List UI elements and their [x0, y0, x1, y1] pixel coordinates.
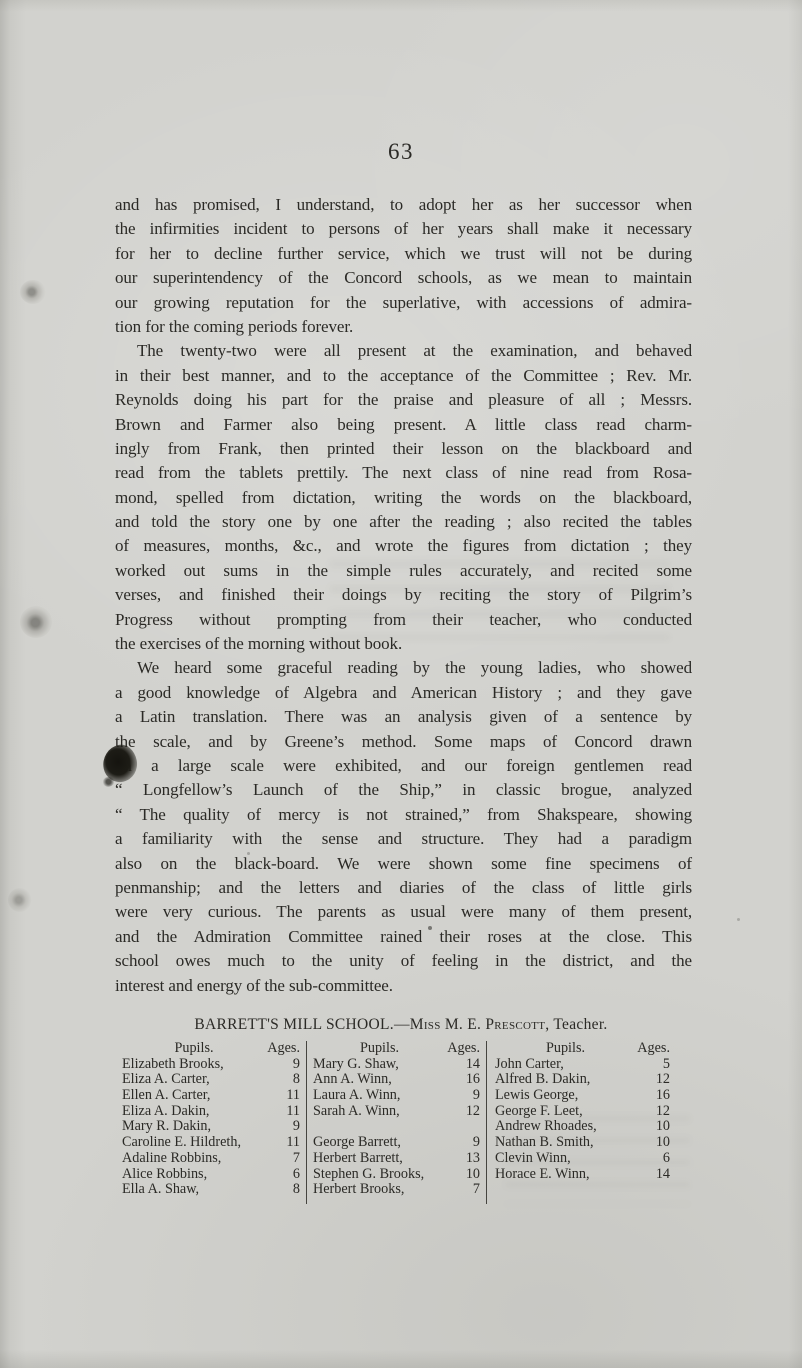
ages-header: Ages.	[636, 1041, 670, 1057]
pupil-age: 9	[266, 1119, 300, 1135]
pupil-name: Elizabeth Brooks,	[122, 1057, 266, 1073]
roster-header-row: Pupils.Ages.Pupils.Ages.Pupils.Ages.	[110, 1041, 692, 1057]
pupil-name: Eliza A. Carter,	[122, 1072, 266, 1088]
pupil-name: Caroline E. Hildreth,	[122, 1135, 266, 1151]
text-line: tion for the coming periods forever.	[115, 315, 692, 339]
text-line: a Latin translation. There was an analys…	[115, 705, 692, 729]
pupil-age: 9	[446, 1135, 480, 1151]
text-line: in their best manner, and to the accepta…	[115, 364, 692, 388]
pupil-age: 16	[446, 1072, 480, 1088]
pupil-age: 8	[266, 1072, 300, 1088]
roster-cell: John Carter,5	[486, 1057, 692, 1073]
body-text: and has promised, I understand, to adopt…	[115, 193, 692, 998]
roster-row: Caroline E. Hildreth,11George Barrett,9N…	[110, 1135, 692, 1151]
text-line: penmanship; and the letters and diaries …	[115, 876, 692, 900]
text-line: our growing reputation for the superlati…	[115, 291, 692, 315]
text-line: on a large scale were exhibited, and our…	[115, 754, 692, 778]
roster-cell: Ann A. Winn,16	[306, 1072, 486, 1088]
ink-speck	[428, 926, 432, 930]
roster-table: Pupils.Ages.Pupils.Ages.Pupils.Ages.Eliz…	[110, 1041, 692, 1204]
pupil-name: Horace E. Winn,	[495, 1167, 636, 1183]
pupil-name: Nathan B. Smith,	[495, 1135, 636, 1151]
paper-blemish	[20, 606, 52, 638]
pupil-name: Eliza A. Dakin,	[122, 1104, 266, 1120]
roster-cell: Eliza A. Carter,8	[110, 1072, 306, 1088]
school-roster-section: BARRETT'S MILL SCHOOL.—Miss M. E. Presco…	[110, 1014, 692, 1204]
text-line: verses, and finished their doings by rec…	[115, 583, 692, 607]
pupil-age: 9	[446, 1088, 480, 1104]
roster-rule-extension-cell	[306, 1198, 486, 1204]
text-line: a familiarity with the sense and structu…	[115, 827, 692, 851]
roster-cell: Herbert Barrett,13	[306, 1151, 486, 1167]
text-line: interest and energy of the sub-committee…	[115, 974, 692, 998]
roster-rule-extension-cell	[486, 1198, 692, 1204]
pupils-header: Pupils.	[122, 1041, 266, 1057]
roster-cell: Mary R. Dakin,9	[110, 1119, 306, 1135]
pupil-name: George Barrett,	[313, 1135, 446, 1151]
pupil-name: Alfred B. Dakin,	[495, 1072, 636, 1088]
pupil-name: Ellen A. Carter,	[122, 1088, 266, 1104]
pupil-name: Ann A. Winn,	[313, 1072, 446, 1088]
ink-speck	[737, 918, 740, 921]
paragraph: The twenty-two were all present at the e…	[115, 339, 692, 656]
pupil-age: 11	[266, 1088, 300, 1104]
text-line: the infirmities incident to persons of h…	[115, 217, 692, 241]
pupil-name: Sarah A. Winn,	[313, 1104, 446, 1120]
text-line: also on the black-board. We were shown s…	[115, 852, 692, 876]
pupil-name: Stephen G. Brooks,	[313, 1167, 446, 1183]
pupil-age: 11	[266, 1104, 300, 1120]
roster-row: Elizabeth Brooks,9Mary G. Shaw,14John Ca…	[110, 1057, 692, 1073]
pupil-age: 7	[266, 1151, 300, 1167]
scanned-book-page: 63 and has promised, I understand, to ad…	[0, 0, 802, 1368]
pupil-age: 6	[636, 1151, 670, 1167]
page-number: 63	[0, 139, 802, 165]
roster-cell	[306, 1119, 486, 1135]
pupil-age: 13	[446, 1151, 480, 1167]
pupil-name: Andrew Rhoades,	[495, 1119, 636, 1135]
text-line: our superintendency of the Concord schoo…	[115, 266, 692, 290]
heading-dash: —	[394, 1016, 410, 1033]
text-line: worked out sums in the simple rules accu…	[115, 559, 692, 583]
roster-cell: Andrew Rhoades,10	[486, 1119, 692, 1135]
roster-rule-extension-cell	[110, 1198, 306, 1204]
text-line: were very curious. The parents as usual …	[115, 900, 692, 924]
text-line: “ The quality of mercy is not strained,”…	[115, 803, 692, 827]
pupil-age: 10	[636, 1135, 670, 1151]
roster-row: Adaline Robbins,7Herbert Barrett,13Clevi…	[110, 1151, 692, 1167]
pupil-age: 8	[266, 1182, 300, 1198]
roster-row: Ellen A. Carter,11Laura A. Winn,9Lewis G…	[110, 1088, 692, 1104]
teacher-name: Miss M. E. Prescott,	[410, 1016, 550, 1033]
roster-row: Ella A. Shaw,8Herbert Brooks,7	[110, 1182, 692, 1198]
roster-row: Mary R. Dakin,9Andrew Rhoades,10	[110, 1119, 692, 1135]
roster-row: Alice Robbins,6Stephen G. Brooks,10Horac…	[110, 1167, 692, 1183]
roster-cell: George F. Leet,12	[486, 1104, 692, 1120]
text-line: school owes much to the unity of feeling…	[115, 949, 692, 973]
pupil-name: George F. Leet,	[495, 1104, 636, 1120]
pupil-age: 16	[636, 1088, 670, 1104]
pupil-name: Clevin Winn,	[495, 1151, 636, 1167]
roster-cell: George Barrett,9	[306, 1135, 486, 1151]
pupil-name: Laura A. Winn,	[313, 1088, 446, 1104]
paper-blemish	[8, 888, 32, 912]
roster-cell: Eliza A. Dakin,11	[110, 1104, 306, 1120]
text-line: and told the story one by one after the …	[115, 510, 692, 534]
paragraph: and has promised, I understand, to adopt…	[115, 193, 692, 339]
text-line: “ Longfellow’s Launch of the Ship,” in c…	[115, 778, 692, 802]
roster-cell: Alice Robbins,6	[110, 1167, 306, 1183]
pupil-age: 12	[446, 1104, 480, 1120]
roster-cell: Adaline Robbins,7	[110, 1151, 306, 1167]
paragraph: We heard some graceful reading by the yo…	[115, 656, 692, 997]
pupil-age: 5	[636, 1057, 670, 1073]
pupil-age: 14	[636, 1167, 670, 1183]
pupil-name: Mary R. Dakin,	[122, 1119, 266, 1135]
text-line: a good knowledge of Algebra and American…	[115, 681, 692, 705]
pupil-age: 12	[636, 1104, 670, 1120]
paper-blemish	[20, 280, 46, 304]
roster-cell: Stephen G. Brooks,10	[306, 1167, 486, 1183]
text-line: the exercises of the morning without boo…	[115, 632, 692, 656]
roster-header-cell: Pupils.Ages.	[486, 1041, 692, 1057]
pupil-name: Mary G. Shaw,	[313, 1057, 446, 1073]
roster-cell: Herbert Brooks,7	[306, 1182, 486, 1198]
ages-header: Ages.	[266, 1041, 300, 1057]
text-line: and has promised, I understand, to adopt…	[115, 193, 692, 217]
pupils-header: Pupils.	[313, 1041, 446, 1057]
roster-cell: Horace E. Winn,14	[486, 1167, 692, 1183]
text-line: read from the tablets prettily. The next…	[115, 461, 692, 485]
text-line: for her to decline further service, whic…	[115, 242, 692, 266]
roster-cell	[486, 1182, 692, 1198]
school-name: BARRETT'S MILL SCHOOL.	[194, 1016, 394, 1033]
text-line: the scale, and by Greene’s method. Some …	[115, 730, 692, 754]
pupil-age: 10	[636, 1119, 670, 1135]
teacher-suffix: Teacher.	[549, 1016, 607, 1033]
pupil-name: Lewis George,	[495, 1088, 636, 1104]
roster-row: Eliza A. Carter,8Ann A. Winn,16Alfred B.…	[110, 1072, 692, 1088]
pupils-header: Pupils.	[495, 1041, 636, 1057]
pupil-name: Ella A. Shaw,	[122, 1182, 266, 1198]
text-line: Reynolds doing his part for the praise a…	[115, 388, 692, 412]
pupil-name	[313, 1119, 446, 1135]
pupil-age: 9	[266, 1057, 300, 1073]
text-line: of measures, months, &c., and wrote the …	[115, 534, 692, 558]
roster-cell: Caroline E. Hildreth,11	[110, 1135, 306, 1151]
pupil-age	[446, 1119, 480, 1135]
pupil-name: Adaline Robbins,	[122, 1151, 266, 1167]
pupil-name: Herbert Brooks,	[313, 1182, 446, 1198]
text-line: and the Admiration Committee rained thei…	[115, 925, 692, 949]
roster-cell: Elizabeth Brooks,9	[110, 1057, 306, 1073]
roster-cell: Ella A. Shaw,8	[110, 1182, 306, 1198]
pupil-name: John Carter,	[495, 1057, 636, 1073]
pupil-name: Alice Robbins,	[122, 1167, 266, 1183]
text-line: mond, spelled from dictation, writing th…	[115, 486, 692, 510]
pupil-age: 6	[266, 1167, 300, 1183]
text-line: Brown and Farmer also being present. A l…	[115, 413, 692, 437]
school-heading: BARRETT'S MILL SCHOOL.—Miss M. E. Presco…	[110, 1014, 692, 1036]
pupil-age: 12	[636, 1072, 670, 1088]
pupil-name: Herbert Barrett,	[313, 1151, 446, 1167]
pupil-age: 14	[446, 1057, 480, 1073]
pupil-name	[495, 1182, 636, 1198]
roster-cell: Nathan B. Smith,10	[486, 1135, 692, 1151]
roster-rule-extension	[110, 1198, 692, 1204]
roster-cell: Alfred B. Dakin,12	[486, 1072, 692, 1088]
roster-header-cell: Pupils.Ages.	[110, 1041, 306, 1057]
roster-cell: Laura A. Winn,9	[306, 1088, 486, 1104]
roster-cell: Clevin Winn,6	[486, 1151, 692, 1167]
pupil-age: 10	[446, 1167, 480, 1183]
roster-cell: Lewis George,16	[486, 1088, 692, 1104]
ink-speck	[247, 852, 250, 855]
pupil-age	[636, 1182, 670, 1198]
text-line: The twenty-two were all present at the e…	[115, 339, 692, 363]
pupil-age: 11	[266, 1135, 300, 1151]
text-line: We heard some graceful reading by the yo…	[115, 656, 692, 680]
pupil-age: 7	[446, 1182, 480, 1198]
ages-header: Ages.	[446, 1041, 480, 1057]
roster-cell: Sarah A. Winn,12	[306, 1104, 486, 1120]
roster-header-cell: Pupils.Ages.	[306, 1041, 486, 1057]
roster-row: Eliza A. Dakin,11Sarah A. Winn,12George …	[110, 1104, 692, 1120]
roster-cell: Ellen A. Carter,11	[110, 1088, 306, 1104]
text-line: Progress without prompting from their te…	[115, 608, 692, 632]
roster-cell: Mary G. Shaw,14	[306, 1057, 486, 1073]
text-line: ingly from Frank, then printed their les…	[115, 437, 692, 461]
